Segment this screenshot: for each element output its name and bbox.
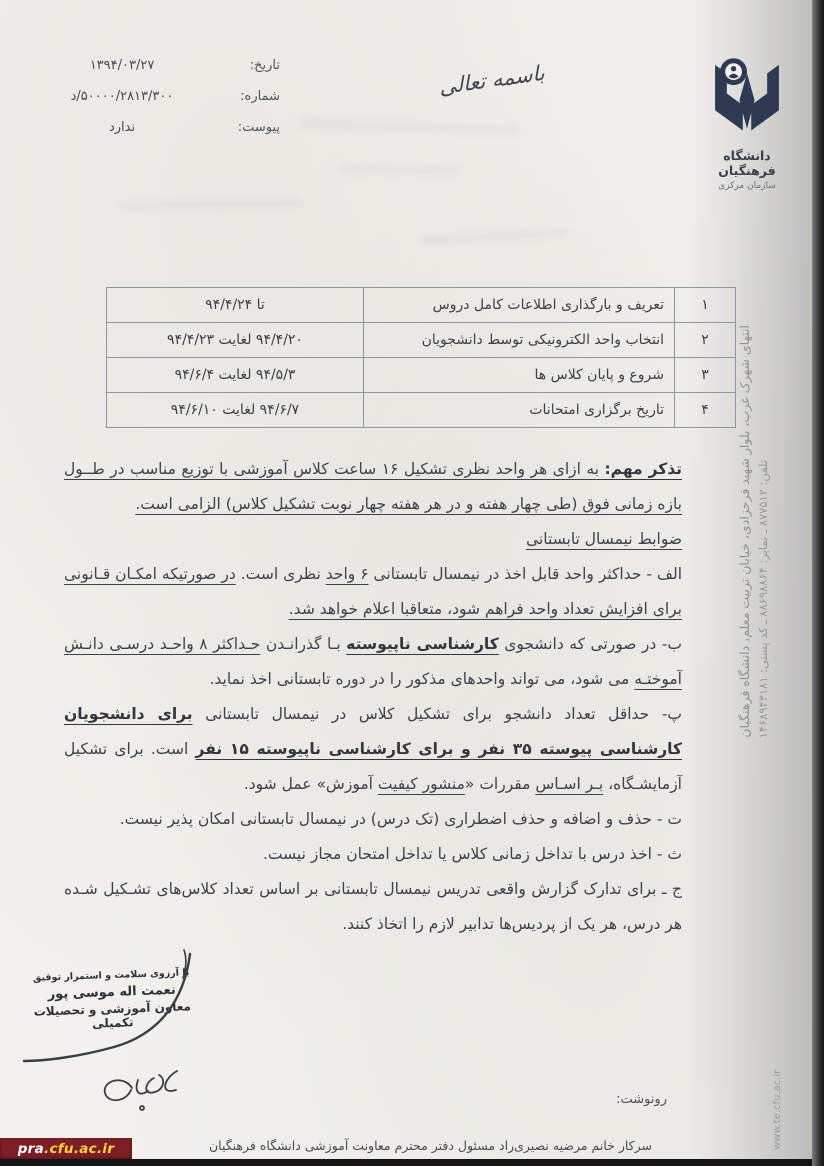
university-logo-icon	[694, 48, 800, 144]
meta-row-attachment: پیوست: ندارد	[28, 120, 280, 151]
row-date: ۹۴/۴/۲۰ لغایت ۹۴/۴/۲۳	[107, 323, 364, 358]
document-page: تاریخ: ۱۳۹۴/۰۳/۲۷ شماره: ۵۰۰۰۰/۲۸۱۳/۳۰۰/…	[0, 0, 824, 1166]
row-description: تاریخ برگزاری امتحانات	[364, 393, 675, 428]
row-number: ۴	[675, 393, 736, 428]
row-number: ۲	[675, 323, 736, 358]
university-logo-block: دانشگاه فرهنگیان سازمان مرکزی	[694, 48, 800, 191]
paragraph-pe: پ- حداقل تعداد دانشجو برای تشکیل کلاس در…	[64, 697, 682, 802]
scan-ghost-artifact	[340, 165, 460, 175]
table-row: ۱ تعریف و بارگذاری اطلاعات کامل دروس تا …	[107, 288, 736, 323]
paragraph-te: ت - حذف و اضافه و حذف اضطراری (تک درس) د…	[64, 802, 682, 837]
meta-row-number: شماره: ۵۰۰۰۰/۲۸۱۳/۳۰۰/د	[28, 89, 280, 120]
paragraph-tazakkor: تذکر مهم: به ازای هر واحد نظری تشکیل ۱۶ …	[64, 452, 682, 522]
letter-meta: تاریخ: ۱۳۹۴/۰۳/۲۷ شماره: ۵۰۰۰۰/۲۸۱۳/۳۰۰/…	[28, 58, 280, 151]
table-row: ۴ تاریخ برگزاری امتحانات ۹۴/۶/۷ لغایت ۹۴…	[107, 393, 736, 428]
row-description: تعریف و بارگذاری اطلاعات کامل دروس	[364, 288, 675, 323]
paragraph-se: ث - اخذ درس با تداخل زمانی کلاس یا تداخل…	[64, 837, 682, 872]
row-number: ۱	[675, 288, 736, 323]
sidebar-contact: تلفن: ۸۷۷۵۱۲ ـ نمابر: ۸۸۶۹۸۸۶۴ ـ کد پستی…	[756, 460, 770, 1150]
meta-attachment-label: پیوست:	[216, 120, 280, 135]
signature-scribble-icon	[14, 948, 234, 1122]
row-date: ۹۴/۵/۳ لغایت ۹۴/۶/۴	[107, 358, 364, 393]
watermark-domain: .cfu.ac.ir	[44, 1141, 114, 1157]
sidebar-website: www.te.cfu.ac.ir	[772, 965, 783, 1150]
row-description: شروع و پایان کلاس ها	[364, 358, 675, 393]
ronevesht-label: رونوشت:	[583, 1092, 667, 1107]
university-sub-name: سازمان مرکزی	[694, 181, 800, 191]
paragraph-alef: الف - حداکثر واحد قابل اخذ در نیمسال تاب…	[64, 557, 682, 627]
schedule-table: ۱ تعریف و بارگذاری اطلاعات کامل دروس تا …	[106, 287, 736, 428]
cc-line: سرکار خانم مرضیه نصیری‌راد مسئول دفتر مح…	[178, 1138, 683, 1153]
watermark-pre: pra	[18, 1141, 44, 1157]
scan-ghost-artifact	[300, 118, 520, 136]
meta-date-label: تاریخ:	[216, 58, 280, 73]
row-date: ۹۴/۶/۷ لغایت ۹۴/۶/۱۰	[107, 393, 364, 428]
paragraph-jim: ج ـ برای تدارک گزارش واقعی تدریس نیمسال …	[64, 872, 682, 942]
meta-row-date: تاریخ: ۱۳۹۴/۰۳/۲۷	[28, 58, 280, 89]
scan-ghost-artifact	[120, 198, 300, 210]
university-name: دانشگاه فرهنگیان	[694, 148, 800, 178]
besmele-calligraphy: باسمه تعالی	[402, 55, 582, 104]
watermark-badge: pra.cfu.ac.ir	[0, 1138, 132, 1160]
sidebar-address: انتهای شهرک غرب، بلوار شهید فرحزادی، خیا…	[737, 325, 752, 1150]
scan-ghost-artifact	[420, 228, 570, 245]
scan-right-edge	[812, 0, 824, 1166]
row-date: تا ۹۴/۴/۲۴	[107, 288, 364, 323]
meta-number-label: شماره:	[216, 89, 280, 104]
row-number: ۳	[675, 358, 736, 393]
section-heading-summer-rules: ضوابط نیمسال تابستانی	[64, 522, 682, 557]
row-description: انتخاب واحد الکترونیکی توسط دانشجویان	[364, 323, 675, 358]
letter-body: تذکر مهم: به ازای هر واحد نظری تشکیل ۱۶ …	[64, 452, 682, 942]
paragraph-be: ب- در صورتی که دانشجوی کارشناسی ناپیوسته…	[64, 627, 682, 697]
meta-attachment-value: ندارد	[28, 120, 216, 135]
table-row: ۲ انتخاب واحد الکترونیکی توسط دانشجویان …	[107, 323, 736, 358]
table-row: ۳ شروع و پایان کلاس ها ۹۴/۵/۳ لغایت ۹۴/۶…	[107, 358, 736, 393]
meta-number-value: ۵۰۰۰۰/۲۸۱۳/۳۰۰/د	[28, 89, 216, 104]
scan-bottom-bar	[0, 1159, 824, 1166]
meta-date-value: ۱۳۹۴/۰۳/۲۷	[28, 58, 216, 73]
